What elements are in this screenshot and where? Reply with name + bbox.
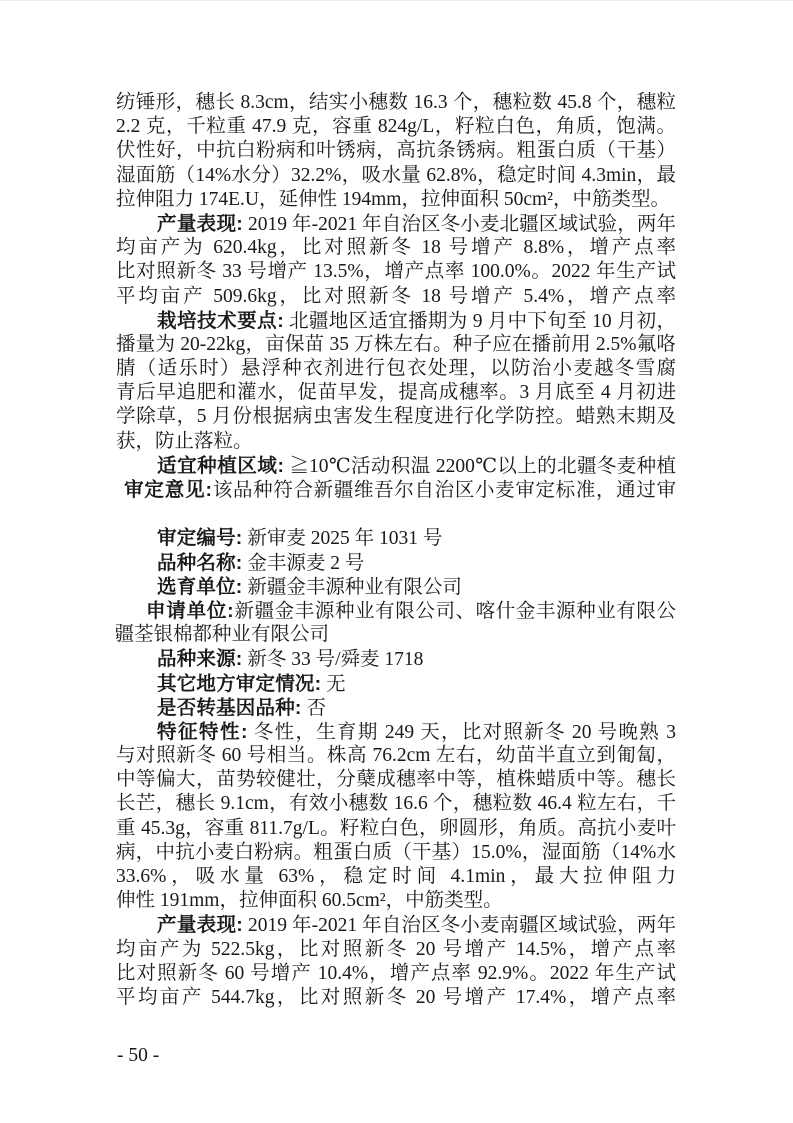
text-line: 审定意见:该品种符合新疆维吾尔自治区小麦审定标准，通过审定。 (116, 478, 676, 502)
text-line: 是否转基因品种: 否 (116, 696, 676, 720)
field-label: 其它地方审定情况: (157, 673, 321, 695)
text-line: 适宜种植区域: ≧10℃活动积温 2200℃以上的北疆冬麦种植区。 (116, 454, 676, 478)
field-label: 是否转基因品种: (157, 697, 302, 719)
text-line: 湿面筋（14%水分）32.2%，吸水量 62.8%，稳定时间 4.3min，最大 (116, 164, 676, 188)
text-line: 均亩产为 522.5kg，比对照新冬 20 号增产 14.5%，增产点率 92.… (116, 938, 676, 962)
text-line: 产量表现: 2019 年-2021 年自治区冬小麦南疆区域试验，两年平 (116, 913, 676, 937)
field-label: 品种名称: (157, 552, 243, 574)
text-line: 纺锤形，穗长 8.3cm，结实小穗数 16.3 个，穗粒数 45.8 个，穗粒重 (116, 91, 676, 115)
field-label: 栽培技术要点: (157, 310, 284, 332)
text-line: 均亩产为 620.4kg，比对照新冬 18 号增产 8.8%，增产点率 100.… (116, 236, 676, 260)
text-line: 病，中抗小麦白粉病。粗蛋白质（干基）15.0%，湿面筋（14%水分） (116, 841, 676, 865)
text-line: 拉伸阻力 174E.U，延伸性 194mm，拉伸面积 50cm²，中筋类型。 (116, 188, 676, 212)
text-line: 品种名称: 金丰源麦 2 号 (116, 551, 676, 575)
text-line: 新疆荃银棉都种业有限公司 (116, 623, 676, 647)
text-line: 播量为 20-22kg，亩保苗 35 万株左右。种子应在播前用 2.5%氟咯菌 (116, 333, 676, 357)
text-line: 33.6%，吸水量 63%，稳定时间 4.1min，最大拉伸阻力 210.5E.… (116, 865, 676, 889)
text-line: 获，防止落粒。 (116, 430, 676, 454)
field-label: 产量表现: (157, 213, 243, 235)
field-label: 选育单位: (157, 576, 243, 598)
field-label: 特征特性: (157, 721, 248, 743)
text-line: 与对照新冬 60 号相当。株高 76.2cm 左右，幼苗半直立到匍匐，叶片 (116, 744, 676, 768)
text-line: 学除草，5 月份根据病虫害发生程度进行化学防控。蜡熟末期及时收 (116, 405, 676, 429)
text-line: 平均亩产 544.7kg，比对照新冬 20 号增产 17.4%，增产点率 100… (116, 986, 676, 1010)
text-line: 品种来源: 新冬 33 号/舜麦 1718 (116, 647, 676, 671)
text-line: 产量表现: 2019 年-2021 年自治区冬小麦北疆区域试验，两年平 (116, 212, 676, 236)
text-line: 申请单位:新疆金丰源种业有限公司、喀什金丰源种业有限公司、 (116, 599, 676, 623)
text-line: 长芒，穗长 9.1cm，有效小穗数 16.6 个，穗粒数 46.4 粒左右，千粒 (116, 792, 676, 816)
text-line: 2.2 克，千粒重 47.9 克，容重 824g/L，籽粒白色，角质，饱满。抗倒 (116, 115, 676, 139)
text-line: 选育单位: 新疆金丰源种业有限公司 (116, 575, 676, 599)
text-line: 伸性 191mm，拉伸面积 60.5cm²，中筋类型。 (116, 889, 676, 913)
field-label: 适宜种植区域: (157, 455, 284, 477)
text-line: 比对照新冬 33 号增产 13.5%，增产点率 100.0%。2022 年生产试… (116, 260, 676, 284)
text-line: 重 45.3g，容重 811.7g/L。籽粒白色，卵圆形，角质。高抗小麦叶锈 (116, 817, 676, 841)
document-body: 纺锤形，穗长 8.3cm，结实小穗数 16.3 个，穗粒数 45.8 个，穗粒重… (116, 91, 676, 1010)
text-line: 平均亩产 509.6kg，比对照新冬 18 号增产 5.4%，增产点率 100.… (116, 285, 676, 309)
field-label: 品种来源: (157, 648, 243, 670)
text-line: 中等偏大，苗势较健壮，分蘖成穗率中等，植株蜡质中等。穗长方型， (116, 768, 676, 792)
page-number: - 50 - (117, 1044, 159, 1068)
text-line: 腈（适乐时）悬浮种衣剂进行包衣处理，以防治小麦越冬雪腐病。返 (116, 357, 676, 381)
blank-line (116, 502, 676, 526)
document-page: 纺锤形，穗长 8.3cm，结实小穗数 16.3 个，穗粒数 45.8 个，穗粒重… (0, 0, 793, 1123)
text-line: 比对照新冬 60 号增产 10.4%，增产点率 92.9%。2022 年生产试验… (116, 962, 676, 986)
field-label: 申请单位: (146, 600, 234, 622)
text-line: 特征特性: 冬性，生育期 249 天，比对照新冬 20 号晚熟 3 天、 (116, 720, 676, 744)
text-line: 伏性好，中抗白粉病和叶锈病，高抗条锈病。粗蛋白质（干基）15.0%， (116, 139, 676, 163)
field-label: 审定编号: (157, 527, 243, 549)
text-line: 栽培技术要点: 北疆地区适宜播期为 9 月中下旬至 10 月初，亩 (116, 309, 676, 333)
text-line: 青后早追肥和灌水，促苗早发，提高成穗率。3 月底至 4 月初进行化 (116, 381, 676, 405)
field-label: 产量表现: (157, 914, 243, 936)
text-line: 审定编号: 新审麦 2025 年 1031 号 (116, 526, 676, 550)
field-label: 审定意见: (124, 479, 212, 501)
text-line: 其它地方审定情况: 无 (116, 672, 676, 696)
